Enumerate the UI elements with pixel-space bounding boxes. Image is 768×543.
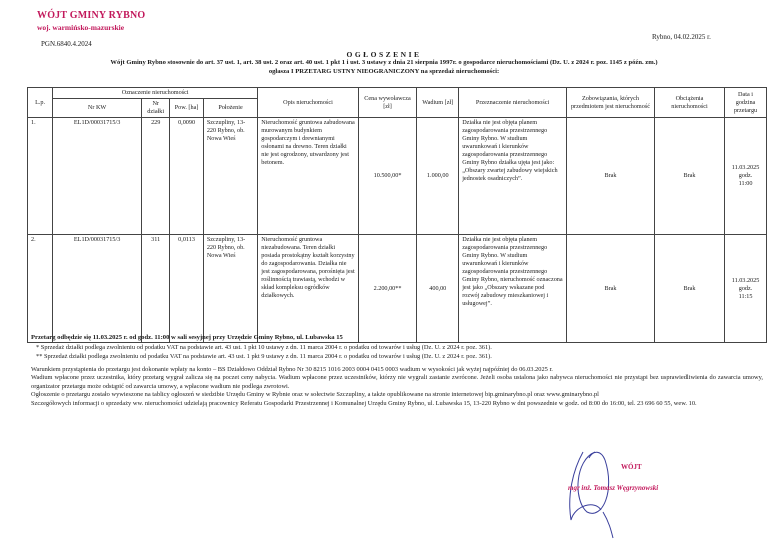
cell-lp: 1. [28,118,53,235]
header-property-designation: Oznaczenie nieruchomości [53,88,258,99]
signature-name: mgr inż. Tomasz Węgrzynowski [568,484,658,492]
header-starting-price: Cena wywoławcza [zł] [358,88,417,118]
signature-title: WÓJT [621,463,642,471]
cell-land-register: EL1D/00031715/3 [53,118,142,235]
table-row: 1. EL1D/00031715/3 229 0,0090 Szczupliny… [28,118,767,235]
table-header-row: L.p. Oznaczenie nieruchomości Opis nieru… [28,88,767,99]
cell-area: 0,0113 [170,235,203,343]
table-row: 2. EL1D/00031715/3 311 0,0113 Szczupliny… [28,235,767,343]
cell-obligations: Brak [567,235,655,343]
deposit-condition-paragraph: Warunkiem przystąpienia do przetargu jes… [31,366,763,374]
cell-location: Szczupliny, 13-220 Rybno, ob. Nowa Wieś [203,235,257,343]
auction-time: 11:15 [728,293,763,301]
header-lp: L.p. [28,88,53,118]
header-auction-date: Data i godzina przetargu [725,88,767,118]
authority-stamp-title: WÓJT GMINY RYBNO [37,10,145,21]
cell-land-register: EL1D/00031715/3 [53,235,142,343]
auction-time: 11:00 [728,180,763,188]
auction-hour-label: godz. [728,285,763,293]
cell-starting-price: 10.500,00* [358,118,417,235]
cell-deposit: 1.000,00 [417,118,459,235]
cell-auction-date: 11.03.2025 godz. 11:15 [725,235,767,343]
cell-description: Nieruchomość gruntowa zabudowana murowan… [258,118,358,235]
header-obligations: Zobowiązania, których przedmiotem jest n… [567,88,655,118]
property-table: L.p. Oznaczenie nieruchomości Opis nieru… [27,87,767,343]
contact-paragraph: Szczegółowych informacji o sprzedaży ww.… [31,400,763,408]
header-location: Położenie [203,99,257,118]
auction-hour-label: godz. [728,172,763,180]
legal-basis-line: Wójt Gminy Rybno stosownie do art. 37 us… [0,59,768,66]
reference-number: PGN.6840.4.2024 [41,40,92,48]
cell-purpose: Działka nie jest objęta planem zagospoda… [459,235,567,343]
cell-description: Nieruchomość gruntowa niezabudowana. Ter… [258,235,358,343]
cell-purpose: Działka nie jest objęta planem zagospoda… [459,118,567,235]
publication-paragraph: Ogłoszenie o przetargu zostało wywieszon… [31,391,763,399]
cell-plot-number: 229 [142,118,170,235]
header-plot-number: Nr działki [142,99,170,118]
cell-encumbrances: Brak [654,118,724,235]
cell-plot-number: 311 [142,235,170,343]
header-area: Pow. [ha] [170,99,203,118]
place-date: Rybno, 04.02.2025 r. [652,33,711,41]
vat-note-1: * Sprzedaż działki podlega zwolnieniu od… [36,344,768,352]
cell-starting-price: 2.200,00** [358,235,417,343]
header-purpose: Przeznaczenie nieruchomości [459,88,567,118]
header-deposit: Wadium [zł] [417,88,459,118]
auction-date: 11.03.2025 [728,164,763,172]
auction-date: 11.03.2025 [728,277,763,285]
vat-note-2: ** Sprzedaż działki podlega zwolnieniu o… [36,353,768,361]
authority-stamp-region: woj. warmińsko-mazurskie [37,23,124,32]
terms-text: Warunkiem przystąpienia do przetargu jes… [31,366,763,408]
header-land-register: Nr KW [53,99,142,118]
document-title: OGŁOSZENIE [0,50,768,59]
header-encumbrances: Obciążenia nieruchomości [654,88,724,118]
announcement-line: ogłasza I PRZETARG USTNY NIEOGRANICZONY … [0,68,768,75]
cell-area: 0,0090 [170,118,203,235]
cell-auction-date: 11.03.2025 godz. 11:00 [725,118,767,235]
cell-location: Szczupliny, 13-220 Rybno, ob. Nowa Wieś [203,118,257,235]
deposit-rules-paragraph: Wadium wpłacone przez uczestnika, który … [31,374,763,391]
header-description: Opis nieruchomości [258,88,358,118]
cell-lp: 2. [28,235,53,343]
auction-venue-info: Przetarg odbędzie się 11.03.2025 r. od g… [31,334,763,342]
cell-deposit: 400,00 [417,235,459,343]
cell-obligations: Brak [567,118,655,235]
cell-encumbrances: Brak [654,235,724,343]
